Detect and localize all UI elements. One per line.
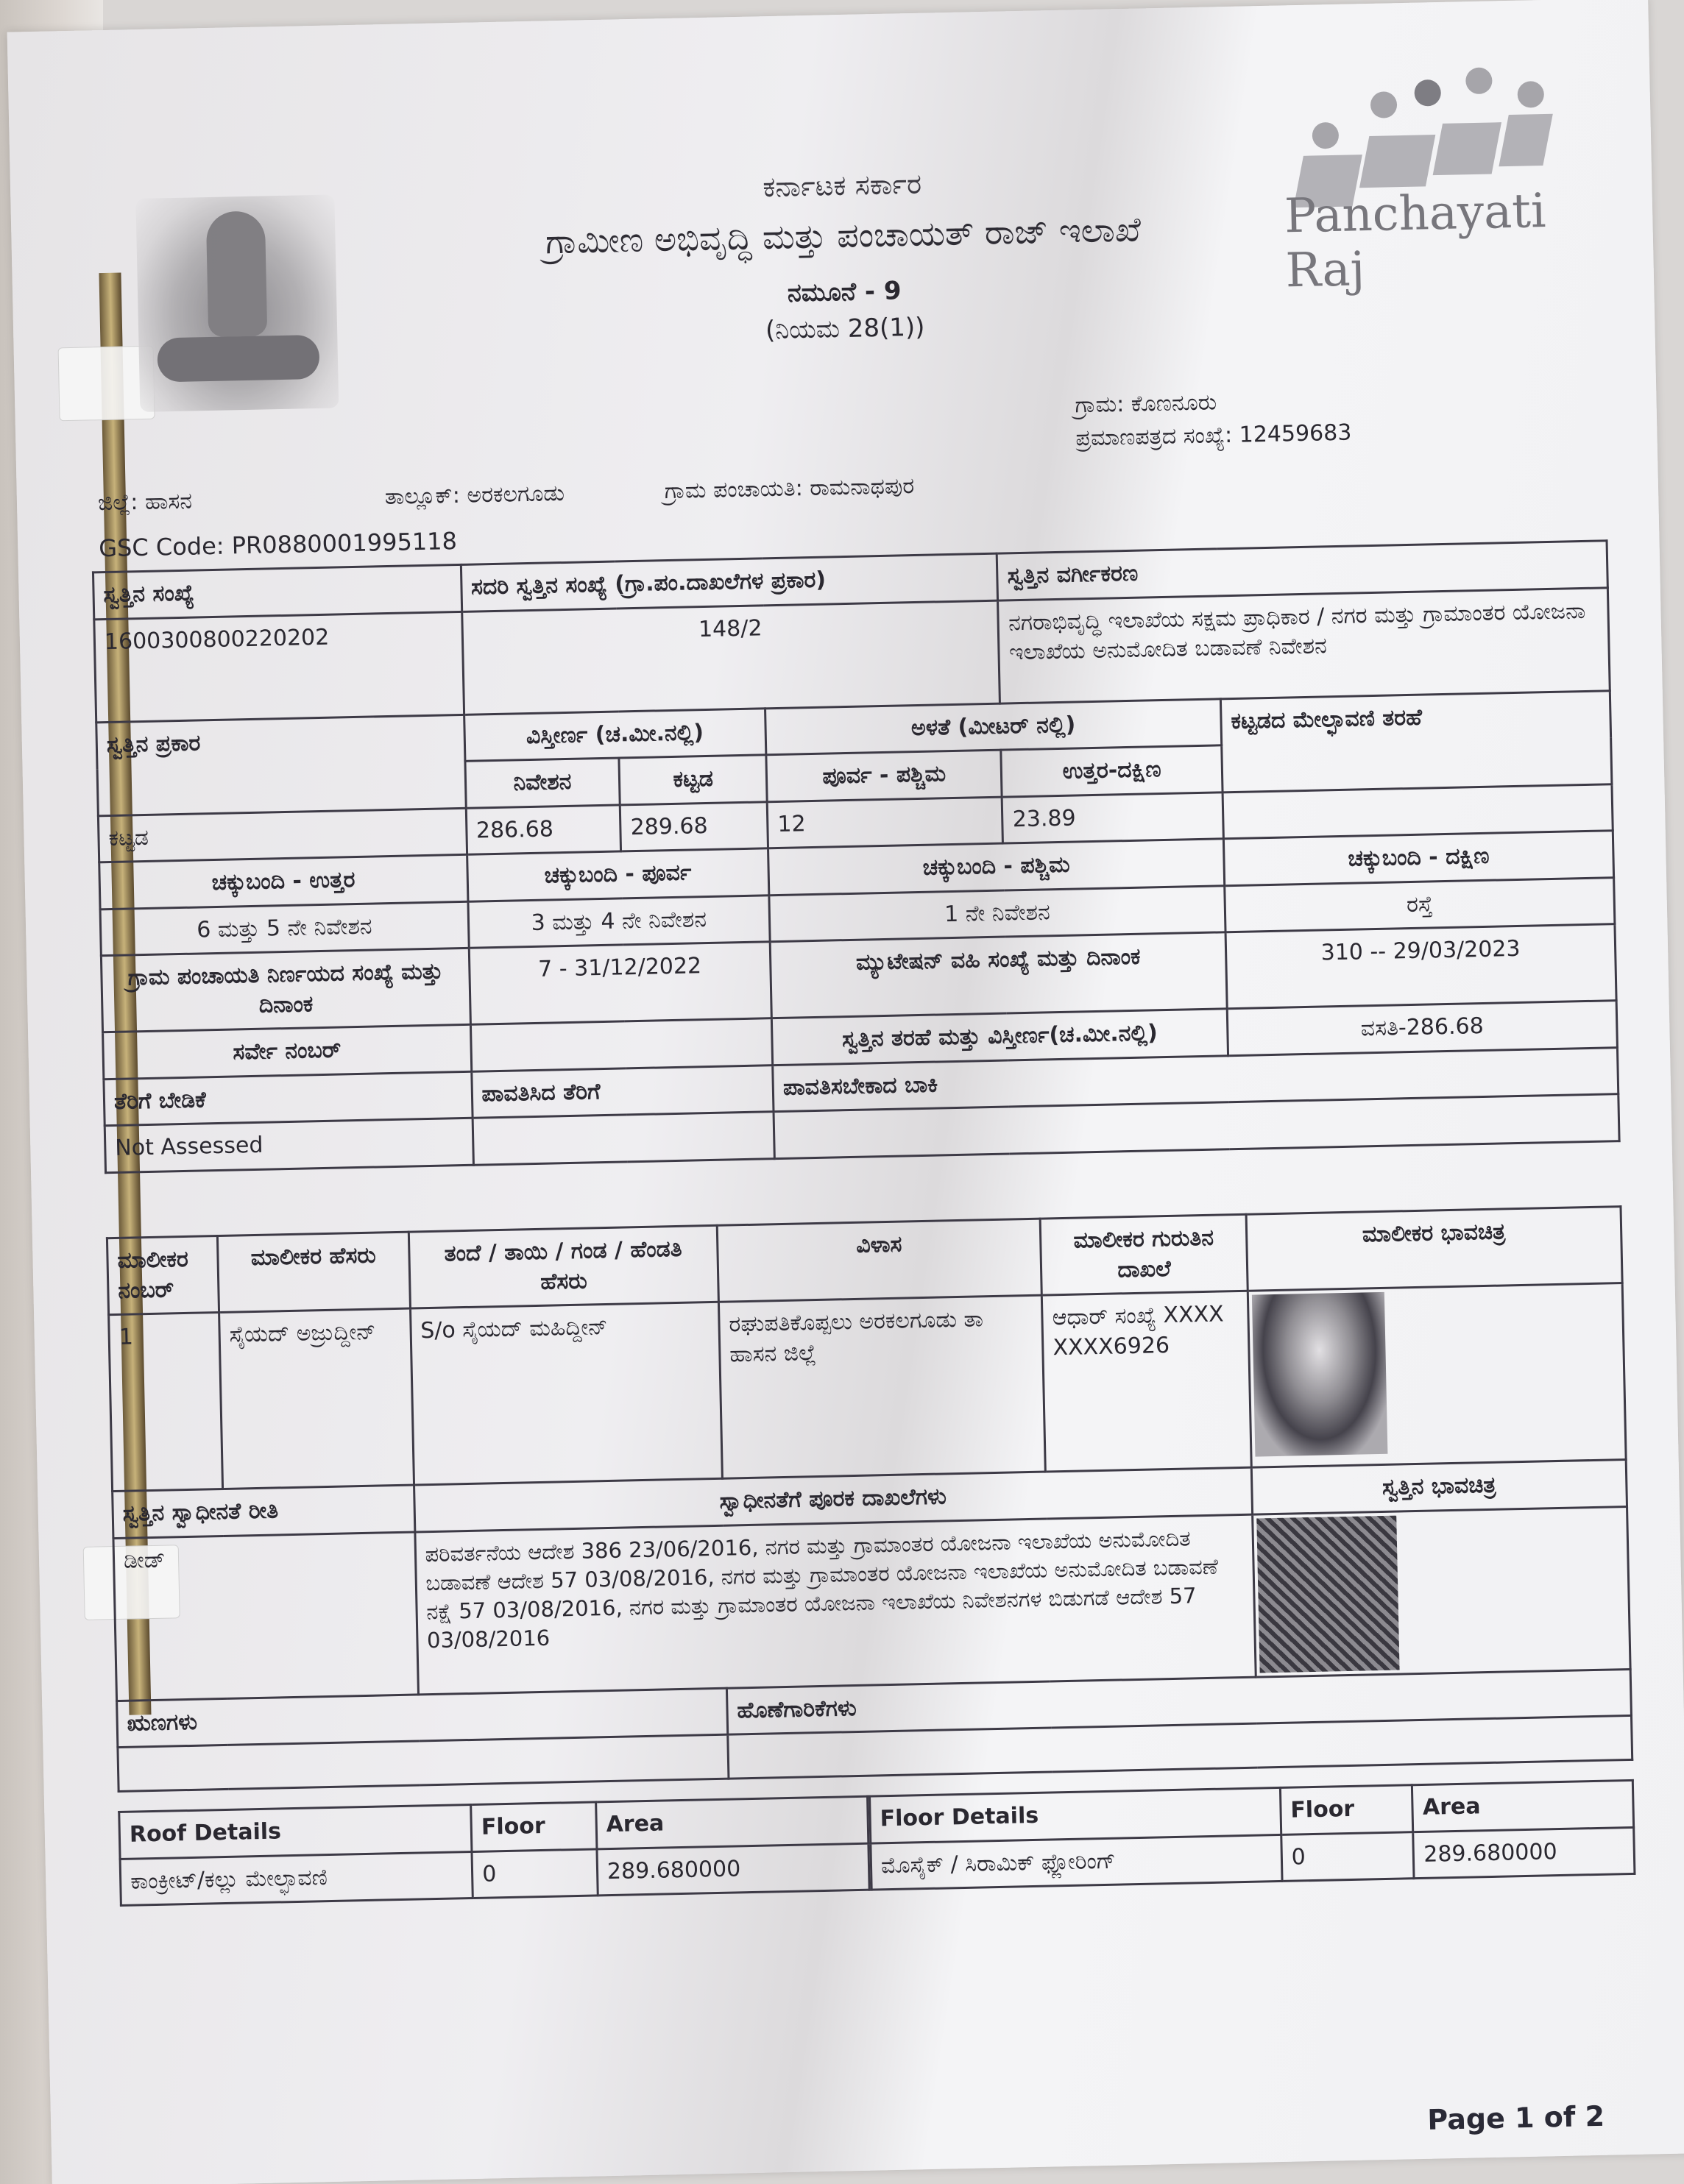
tax-demand-label: ತೆರಿಗೆ ಬೇಡಿಕೆ [104, 1071, 473, 1126]
relation-header: ತಂದೆ / ತಾಯಿ / ಗಂಡ / ಹೆಂಡತಿ ಹೆಸರು [408, 1225, 718, 1308]
owners-table: ಮಾಲೀಕರ ನಂಬರ್ ಮಾಲೀಕರ ಹೆಸರು ತಂದೆ / ತಾಯಿ / … [106, 1205, 1633, 1793]
district: ಜಿಲ್ಲೆ: ಹಾಸನ [98, 489, 193, 517]
table-row: 1 ಸೈಯದ್ ಅಜ್ರುದ್ದೀನ್ S/o ಸೈಯದ್ ಮಹಿದ್ದೀನ್ … [109, 1283, 1627, 1492]
roof-type-label: ಕಟ್ಟಡದ ಮೇಲ್ಛಾವಣಿ ತರಹೆ [1220, 690, 1612, 792]
document-page: ಕರ್ನಾಟಕ ಸರ್ಕಾರ ಗ್ರಾಮೀಣ ಅಭಿವೃದ್ಧಿ ಮತ್ತು ಪ… [7, 0, 1684, 2184]
east-west-value: 12 [767, 797, 1003, 848]
boundary-north: 6 ಮತ್ತು 5 ನೇ ನಿವೇಶನ [100, 901, 469, 956]
address-header: ವಿಳಾಸ [717, 1219, 1041, 1302]
property-number: 1600300800220202 [94, 611, 464, 722]
property-type-value: ಕಟ್ಟಡ [98, 808, 467, 862]
gram-panchayat: ಗ್ರಾಮ ಪಂಚಾಯತಿ: ರಾಮನಾಥಪುರ [664, 473, 914, 504]
site-label: ನಿವೇಶನ [464, 758, 620, 808]
floor-details-table: Floor Details Floor Area ಮೊಸೈಕ್ / ಸಿರಾಮಿ… [868, 1779, 1635, 1891]
owner-number-header: ಮಾಲೀಕರ ನಂಬರ್ [107, 1236, 219, 1315]
roof-area: 289.680000 [597, 1843, 869, 1896]
gp-property-number: 148/2 [461, 600, 1000, 715]
ownership-mode-label: ಸ್ವತ್ತಿನ ಸ್ವಾಧೀನತೆ ರೀತಿ [113, 1485, 415, 1538]
owner-name: ಸೈಯದ್ ಅಜ್ರುದ್ದೀನ್ [219, 1308, 414, 1489]
department-title: ಗ್ರಾಮೀಣ ಅಭಿವೃದ್ಧಿ ಮತ್ತು ಪಂಚಾಯತ್ ರಾಜ್ ಇಲಾ… [512, 209, 1175, 264]
tax-demand-value: Not Assessed [105, 1118, 473, 1172]
owner-photo-header: ಮಾಲೀಕರ ಭಾವಚಿತ್ರ [1246, 1207, 1622, 1291]
north-south-label: ಉತ್ತರ-ದಕ್ಷಿಣ [1001, 745, 1223, 797]
ownership-mode-value: ಡೀಡ್ [113, 1532, 418, 1701]
type-area-value: ವಸತಿ-286.68 [1227, 1001, 1617, 1056]
government-title: ಕರ್ನಾಟಕ ಸರ್ಕಾರ [511, 163, 1174, 210]
property-photo-cell [1252, 1506, 1630, 1677]
survey-number-label: ಸರ್ವೇ ನಂಬರ್ [103, 1024, 472, 1079]
panchayati-raj-logo: Panchayati Raj [1266, 43, 1579, 271]
certificate-number: ಪ್ರಮಾಣಪತ್ರದ ಸಂಖ್ಯೆ: 12459683 [1075, 420, 1352, 452]
roof-floor: 0 [472, 1848, 598, 1898]
rule-number: (ನಿಯಮ 28(1)) [514, 307, 1177, 350]
floor-type: ಮೊಸೈಕ್ / ಸಿರಾಮಿಕ್ ಫ್ಲೋರಿಂಗ್ [871, 1834, 1282, 1890]
boundary-east-label: ಚಕ್ಕುಬಂದಿ - ಪೂರ್ವ [467, 848, 769, 901]
mutation-label: ಮ್ಯುಟೇಷನ್ ವಹಿ ಸಂಖ್ಯೆ ಮತ್ತು ದಿನಾಂಕ [770, 932, 1227, 1018]
roof-details-header: Roof Details [119, 1805, 472, 1859]
title-block: ಕರ್ನಾಟಕ ಸರ್ಕಾರ ಗ್ರಾಮೀಣ ಅಭಿವೃದ್ಧಿ ಮತ್ತು ಪ… [511, 163, 1177, 351]
property-number-label: ಸ್ವತ್ತಿನ ಸಂಖ್ಯೆ [93, 564, 461, 619]
boundary-south-label: ಚಕ್ಕುಬಂದಿ - ದಕ್ಷಿಣ [1223, 831, 1613, 886]
gsc-code: GSC Code: PR0880001995118 [99, 527, 457, 562]
owner-id-document: ಆಧಾರ್ ಸಂಖ್ಯೆ XXXXXXXX6926 [1042, 1291, 1252, 1472]
area-label: ವಿಸ್ತೀರ್ಣ (ಚ.ಮೀ.ನಲ್ಲಿ) [464, 708, 766, 761]
owner-photo-cell [1248, 1283, 1626, 1468]
east-west-label: ಪೂರ್ವ - ಪಶ್ಚಿಮ [766, 750, 1002, 801]
property-photo [1256, 1515, 1399, 1673]
floor-area-header: Area [1412, 1780, 1634, 1832]
north-south-value: 23.89 [1002, 792, 1224, 843]
property-details-table: ಸ್ವತ್ತಿನ ಸಂಖ್ಯೆ ಸದರಿ ಸ್ವತ್ತಿನ ಸಂಖ್ಯೆ (ಗ್… [92, 539, 1621, 1173]
resolution-label: ಗ್ರಾಮ ಪಂಚಾಯತಿ ನಿರ್ಣಯದ ಸಂಖ್ಯೆ ಮತ್ತು ದಿನಾಂ… [101, 948, 470, 1032]
building-area: 289.68 [620, 801, 768, 851]
roof-details-table: Roof Details Floor Area ಕಾಂಕ್ರೀಟ್/ಕಲ್ಲು … [118, 1795, 870, 1907]
id-document-header: ಮಾಲೀಕರ ಗುರುತಿನ ದಾಖಲೆ [1040, 1214, 1248, 1295]
boundary-east: 3 ಮತ್ತು 4 ನೇ ನಿವೇಶನ [467, 895, 770, 948]
roof-type-value [1223, 784, 1613, 839]
tax-paid-label: ಪಾವತಿಸಿದ ತೆರಿಗೆ [471, 1065, 774, 1118]
floor-details-header: Floor Details [870, 1787, 1281, 1843]
site-area: 286.68 [466, 804, 621, 854]
taluk: ತಾಲ್ಲೂಕ್: ಅರಕಲಗೂಡು [385, 481, 565, 510]
building-label: ಕಟ್ಟಡ [619, 755, 767, 805]
roof-type: ಕಾಂಕ್ರೀಟ್/ಕಲ್ಲು ಮೇಲ್ಛಾವಣಿ [120, 1851, 473, 1906]
logo-text: Panchayati Raj [1284, 183, 1580, 298]
village: ಗ್ರಾಮ: ಕೊಣನೂರು [1075, 389, 1217, 418]
karnataka-emblem-icon [135, 194, 339, 412]
ownership-docs-value: ಪರಿವರ್ತನೆಯ ಆದೇಶ 386 23/06/2016, ನಗರ ಮತ್ತ… [414, 1514, 1256, 1695]
survey-number-value [470, 1018, 773, 1071]
logo-people-icon [1296, 59, 1549, 189]
mutation-value: 310 -- 29/03/2023 [1225, 924, 1616, 1009]
floor-floor: 0 [1281, 1832, 1415, 1881]
roof-floor-header: Floor [471, 1802, 597, 1851]
floor-area: 289.680000 [1413, 1827, 1635, 1879]
property-photo-label: ಸ್ವತ್ತಿನ ಭಾವಚಿತ್ರ [1251, 1460, 1627, 1514]
floor-floor-header: Floor [1280, 1785, 1413, 1834]
owner-address: ರಘುಪತಿಕೊಪ್ಪಲು ಅರಕಲಗೂಡು ತಾ ಹಾಸನ ಜಿಲ್ಲೆ [718, 1295, 1045, 1478]
property-type-label: ಸ್ವತ್ತಿನ ಪ್ರಕಾರ [96, 715, 466, 815]
resolution-value: 7 - 31/12/2022 [469, 942, 772, 1025]
form-number: ನಮೂನೆ - 9 [513, 271, 1176, 314]
owner-name-header: ಮಾಲೀಕರ ಹೆಸರು [217, 1232, 410, 1312]
owner-number: 1 [109, 1313, 223, 1492]
page-number: Page 1 of 2 [1427, 2100, 1605, 2136]
tax-paid-value [473, 1112, 775, 1165]
boundary-north-label: ಚಕ್ಕುಬಂದಿ - ಉತ್ತರ [99, 854, 468, 909]
classification-value: ನಗರಾಭಿವೃದ್ಧಿ ಇಲಾಖೆಯ ಸಕ್ಷಮ ಪ್ರಾಧಿಕಾರ / ನಗ… [998, 587, 1610, 703]
boundary-south: ರಸ್ತೆ [1225, 877, 1615, 932]
document-header: ಕರ್ನಾಟಕ ಸರ್ಕಾರ ಗ್ರಾಮೀಣ ಅಭಿವೃದ್ಧಿ ಮತ್ತು ಪ… [99, 139, 1577, 464]
roof-area-header: Area [595, 1796, 868, 1848]
owner-relation: S/o ಸೈಯದ್ ಮಹಿದ್ದೀನ್ [410, 1302, 722, 1485]
owner-photo [1252, 1292, 1388, 1457]
